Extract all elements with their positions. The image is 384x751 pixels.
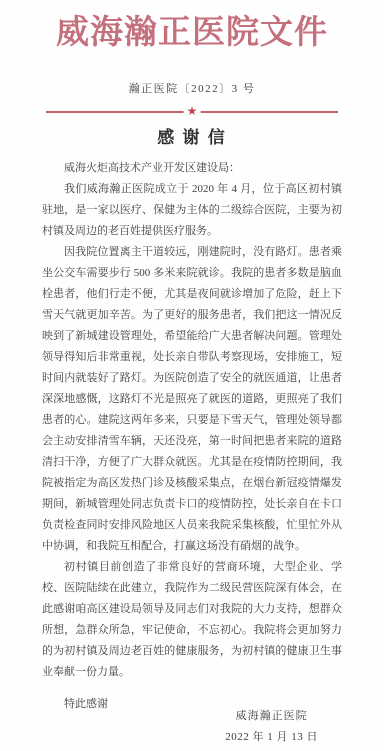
paragraph-3: 初村镇目前创造了非常良好的营商环境，大型企业、学校、医院陆续在此建立，我院作为二… bbox=[42, 557, 342, 683]
paragraph-2: 因我院位置离主干道较远，刚建院时，没有路灯。患者乘坐公交车需要步行 500 多米… bbox=[42, 242, 342, 557]
signature-block: 威海瀚正医院 2022 年 1 月 13 日 bbox=[225, 706, 318, 748]
letter-title: 感 谢 信 bbox=[0, 123, 384, 148]
salutation: 威海火炬高技术产业开发区建设局： bbox=[42, 158, 342, 179]
document-number: 瀚正医院〔2022〕3 号 bbox=[0, 80, 384, 96]
signature-date: 2022 年 1 月 13 日 bbox=[225, 727, 318, 748]
document-header-title: 威海瀚正医院文件 bbox=[0, 14, 384, 54]
header-divider: ★ bbox=[46, 105, 338, 118]
star-icon: ★ bbox=[184, 105, 201, 118]
signature-name: 威海瀚正医院 bbox=[236, 706, 308, 727]
letter-body: 威海火炬高技术产业开发区建设局： 我们威海瀚正医院成立于 2020 年 4 月，… bbox=[42, 158, 342, 715]
document-page: 威海瀚正医院文件 瀚正医院〔2022〕3 号 ★ 感 谢 信 威海火炬高技术产业… bbox=[0, 0, 384, 751]
paragraph-1: 我们威海瀚正医院成立于 2020 年 4 月，位于高区初村镇驻地，是一家以医疗、… bbox=[42, 179, 342, 242]
